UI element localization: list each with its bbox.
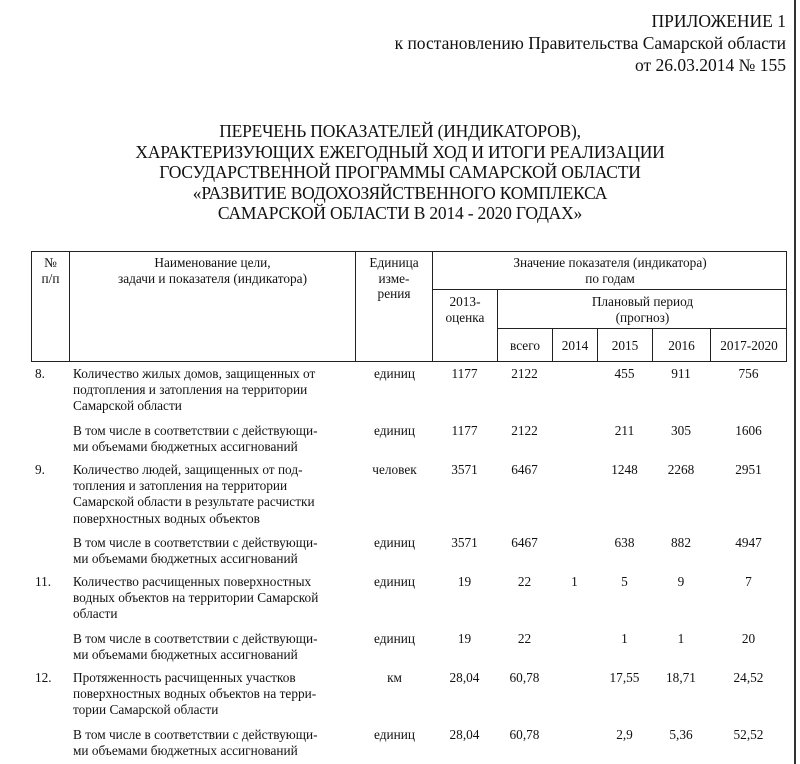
header-plan-period: Плановый период (прогноз)	[498, 294, 787, 325]
appendix-resolution: к постановлению Правительства Самарской …	[395, 32, 786, 54]
value-total: 6467	[497, 535, 552, 551]
header-num-line: №	[32, 255, 69, 271]
row-number: 11.	[35, 574, 65, 590]
row-unit: единиц	[357, 423, 432, 439]
value-2017-2020: 20	[710, 631, 787, 647]
value-2013-estimate: 3571	[432, 462, 497, 478]
title-line: ГОСУДАРСТВЕННОЙ ПРОГРАММЫ САМАРСКОЙ ОБЛА…	[0, 162, 800, 183]
value-2015: 1	[597, 631, 652, 647]
value-2016: 1	[652, 631, 710, 647]
header-values-line: по годам	[433, 271, 787, 287]
row-unit: км	[357, 670, 432, 686]
value-total: 22	[497, 631, 552, 647]
row-number: 9.	[35, 462, 65, 478]
row-indicator-name: В том числе в соответствии с действующи-…	[73, 631, 358, 663]
header-unit-line: Единица	[356, 255, 432, 271]
value-2015: 2,9	[597, 727, 652, 743]
value-2016: 9	[652, 574, 710, 590]
value-total: 2122	[497, 366, 552, 382]
row-unit: единиц	[357, 366, 432, 382]
header-values: Значение показателя (индикатора) по года…	[433, 255, 787, 286]
header-name-line: Наименование цели,	[70, 255, 355, 271]
header-num: № п/п	[32, 255, 69, 286]
header-unit-line: рения	[356, 286, 432, 302]
header-total: всего	[498, 338, 552, 354]
value-2013-estimate: 3571	[432, 535, 497, 551]
value-2017-2020: 7	[710, 574, 787, 590]
row-indicator-name: Протяженность расчищенных участковповерх…	[73, 670, 358, 719]
header-values-line: Значение показателя (индикатора)	[433, 255, 787, 271]
value-2017-2020: 1606	[710, 423, 787, 439]
header-2014: 2014	[553, 338, 597, 354]
value-2017-2020: 4947	[710, 535, 787, 551]
row-number: 12.	[35, 670, 65, 686]
value-2015: 211	[597, 423, 652, 439]
document-title: ПЕРЕЧЕНЬ ПОКАЗАТЕЛЕЙ (ИНДИКАТОРОВ), ХАРА…	[0, 121, 800, 224]
header-estimate-line: 2013-	[433, 294, 497, 310]
title-line: «РАЗВИТИЕ ВОДОХОЗЯЙСТВЕННОГО КОМПЛЕКСА	[0, 183, 800, 204]
value-2013-estimate: 28,04	[432, 670, 497, 686]
value-2016: 911	[652, 366, 710, 382]
header-name-line: задачи и показателя (индикатора)	[70, 271, 355, 287]
value-2016: 882	[652, 535, 710, 551]
header-2017-2020: 2017-2020	[711, 338, 787, 354]
value-2013-estimate: 1177	[432, 366, 497, 382]
value-total: 2122	[497, 423, 552, 439]
value-total: 22	[497, 574, 552, 590]
value-2014: 1	[552, 574, 597, 590]
row-indicator-name: В том числе в соответствии с действующи-…	[73, 423, 358, 455]
row-unit: единиц	[357, 727, 432, 743]
value-2015: 17,55	[597, 670, 652, 686]
row-number: 8.	[35, 366, 65, 382]
value-2015: 455	[597, 366, 652, 382]
row-divider	[497, 328, 787, 329]
table-header: № п/п Наименование цели, задачи и показа…	[31, 251, 787, 362]
header-unit-line: изме-	[356, 271, 432, 287]
value-total: 60,78	[497, 727, 552, 743]
value-total: 60,78	[497, 670, 552, 686]
value-total: 6467	[497, 462, 552, 478]
row-indicator-name: В том числе в соответствии с действующи-…	[73, 535, 358, 567]
value-2017-2020: 24,52	[710, 670, 787, 686]
value-2015: 5	[597, 574, 652, 590]
appendix-header: ПРИЛОЖЕНИЕ 1 к постановлению Правительст…	[395, 10, 786, 76]
header-estimate-line: оценка	[433, 310, 497, 326]
value-2013-estimate: 28,04	[432, 727, 497, 743]
header-2015: 2015	[598, 338, 652, 354]
title-line: ПЕРЕЧЕНЬ ПОКАЗАТЕЛЕЙ (ИНДИКАТОРОВ),	[0, 121, 800, 142]
header-num-line: п/п	[32, 271, 69, 287]
row-indicator-name: Количество людей, защищенных от под-топл…	[73, 462, 358, 527]
header-name: Наименование цели, задачи и показателя (…	[70, 255, 355, 286]
header-2016: 2016	[653, 338, 710, 354]
header-unit: Единица изме- рения	[356, 255, 432, 302]
value-2016: 2268	[652, 462, 710, 478]
value-2016: 18,71	[652, 670, 710, 686]
row-unit: единиц	[357, 574, 432, 590]
row-unit: человек	[357, 462, 432, 478]
row-indicator-name: Количество расчищенных поверхностныхводн…	[73, 574, 358, 623]
row-divider	[432, 289, 787, 290]
value-2016: 5,36	[652, 727, 710, 743]
page-edge-rule	[794, 0, 796, 764]
row-indicator-name: В том числе в соответствии с действующи-…	[73, 727, 358, 759]
header-estimate-2013: 2013- оценка	[433, 294, 497, 325]
row-unit: единиц	[357, 535, 432, 551]
header-plan-line: (прогноз)	[498, 310, 787, 326]
title-line: САМАРСКОЙ ОБЛАСТИ В 2014 - 2020 ГОДАХ»	[0, 203, 800, 224]
title-line: ХАРАКТЕРИЗУЮЩИХ ЕЖЕГОДНЫЙ ХОД И ИТОГИ РЕ…	[0, 142, 800, 163]
value-2017-2020: 52,52	[710, 727, 787, 743]
value-2013-estimate: 1177	[432, 423, 497, 439]
value-2013-estimate: 19	[432, 574, 497, 590]
value-2013-estimate: 19	[432, 631, 497, 647]
header-plan-line: Плановый период	[498, 294, 787, 310]
value-2016: 305	[652, 423, 710, 439]
value-2015: 638	[597, 535, 652, 551]
value-2015: 1248	[597, 462, 652, 478]
row-unit: единиц	[357, 631, 432, 647]
value-2017-2020: 2951	[710, 462, 787, 478]
row-indicator-name: Количество жилых домов, защищенных отпод…	[73, 366, 358, 415]
appendix-date: от 26.03.2014 № 155	[395, 54, 786, 76]
value-2017-2020: 756	[710, 366, 787, 382]
appendix-label: ПРИЛОЖЕНИЕ 1	[395, 10, 786, 32]
